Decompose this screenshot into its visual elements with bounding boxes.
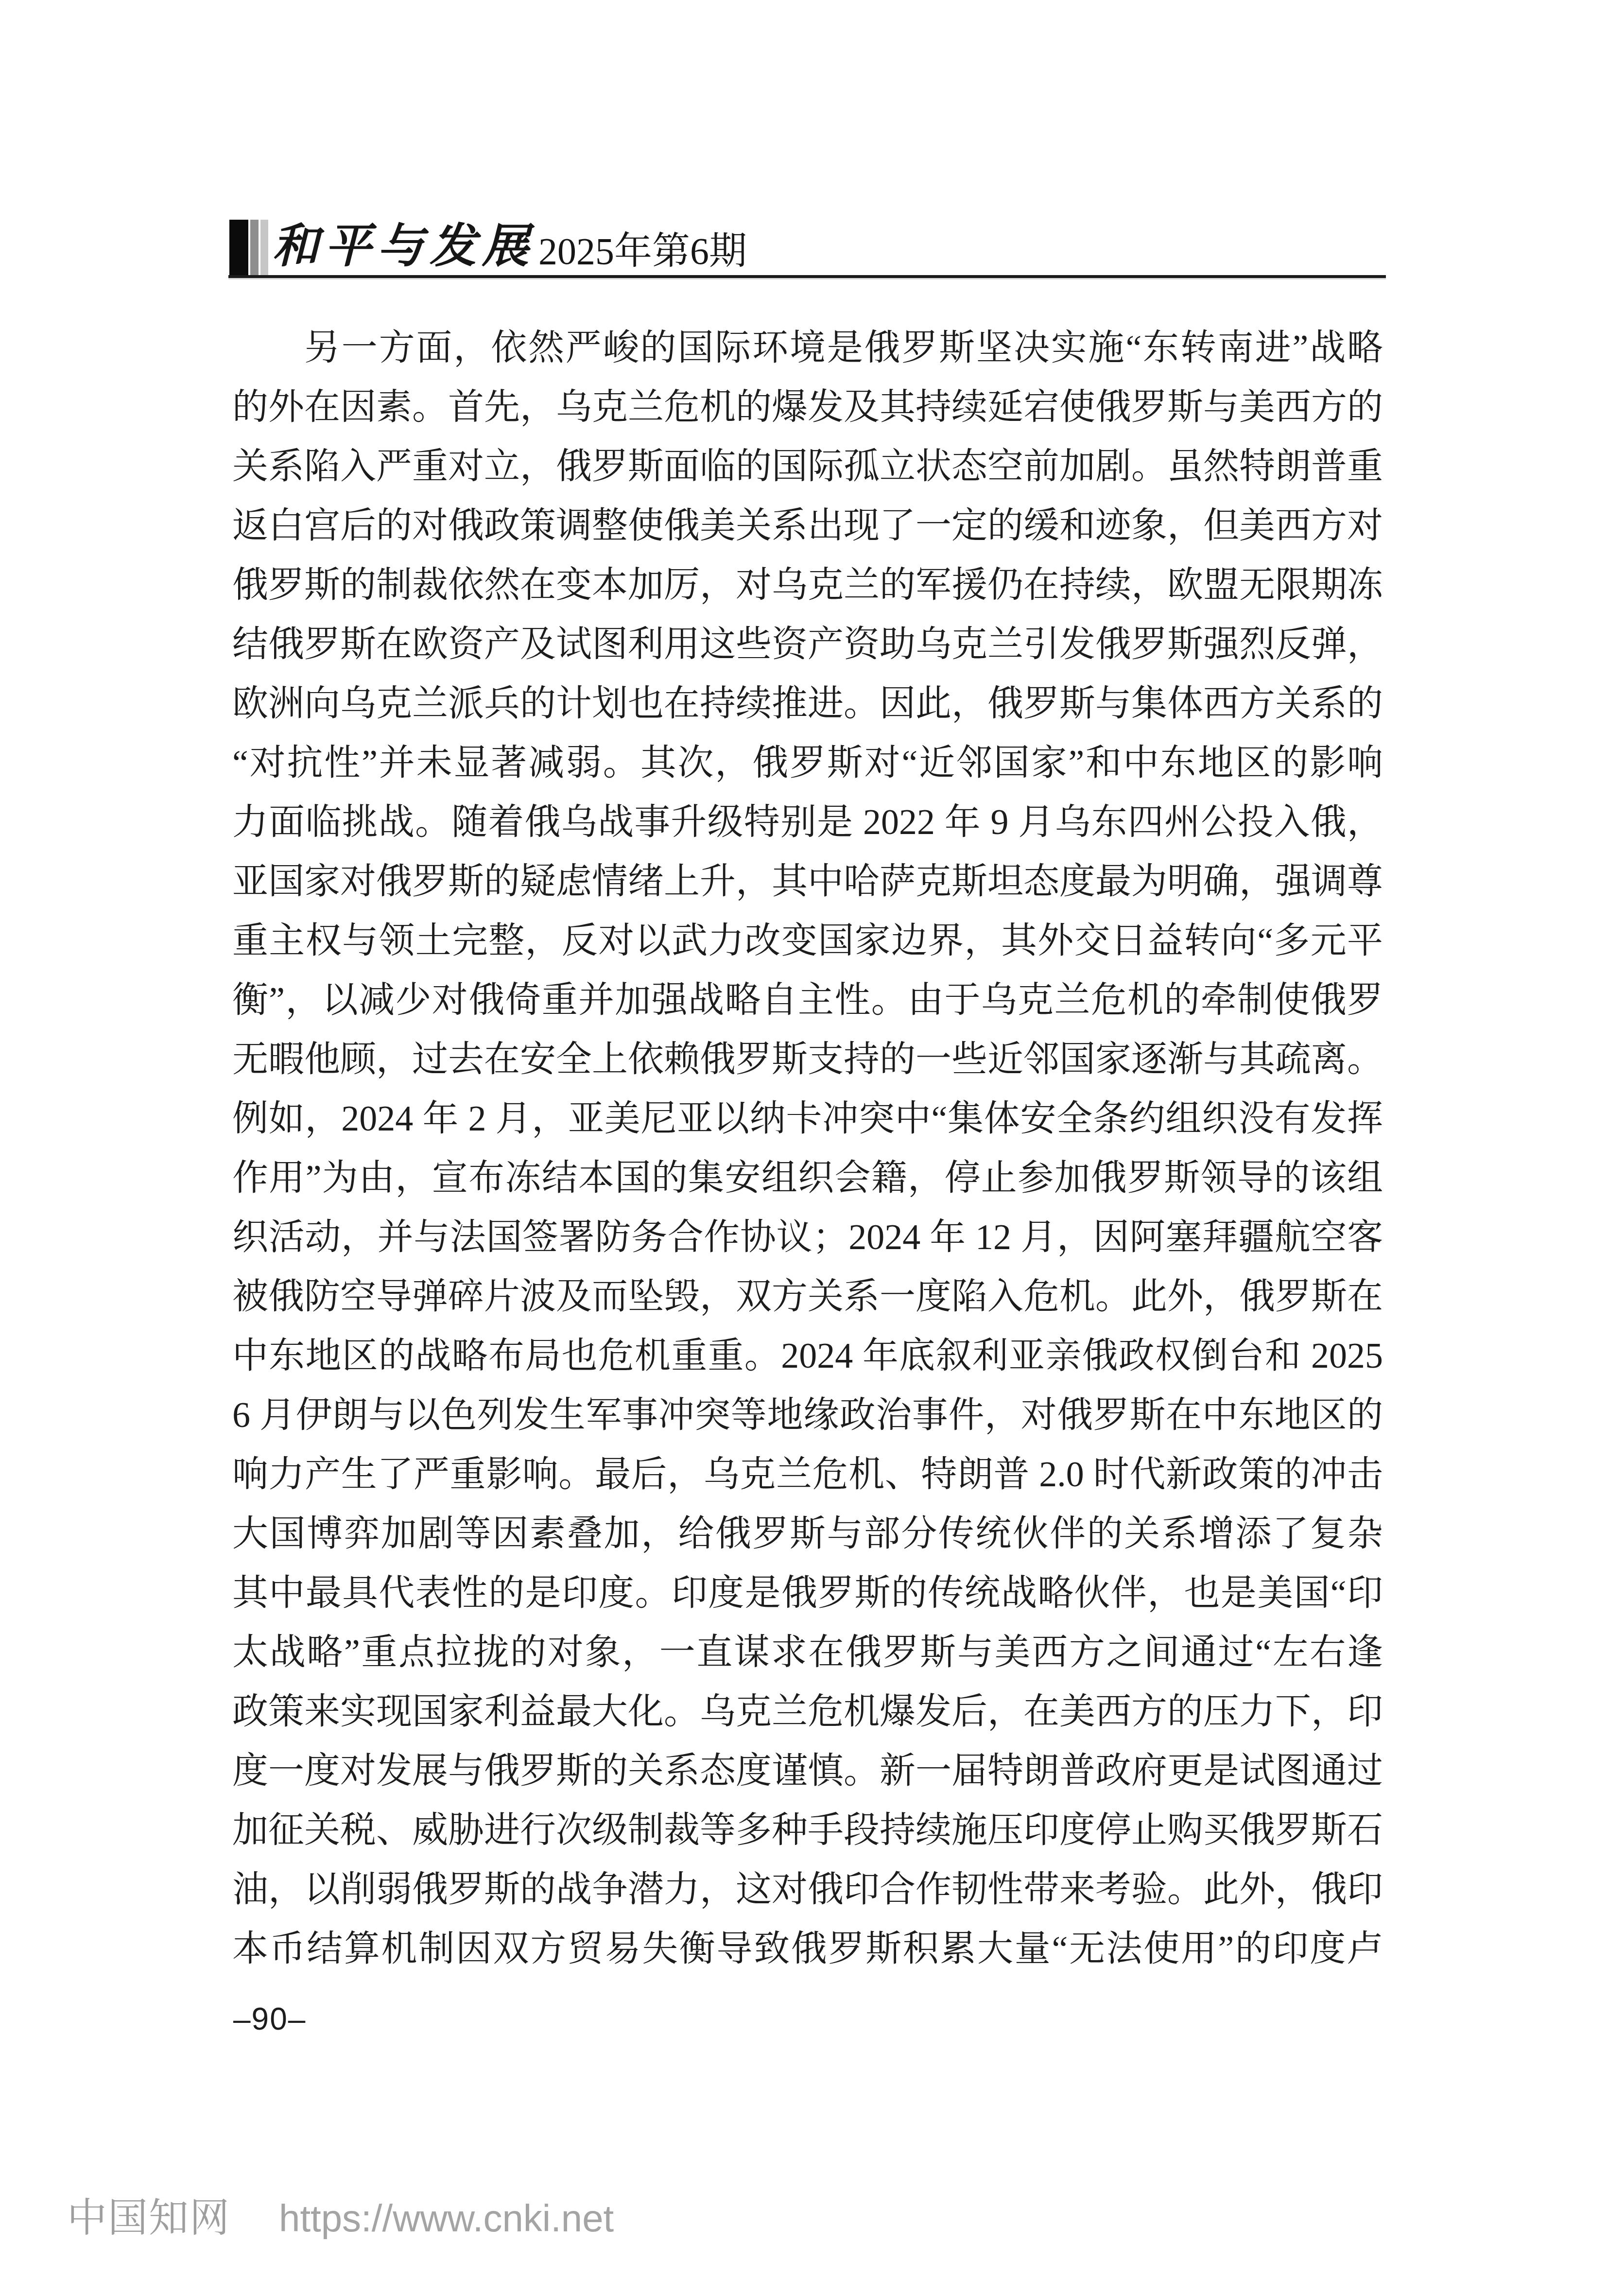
article-body: 另一方面，依然严峻的国际环境是俄罗斯坚决实施“东转南进”战略 的外在因素。首先，… — [232, 318, 1383, 1979]
body-text-line: 亚国家对俄罗斯的疑虑情绪上升，其中哈萨克斯坦态度最为明确，强调尊 — [232, 852, 1383, 911]
body-text-line: 的外在因素。首先，乌克兰危机的爆发及其持续延宕使俄罗斯与美西方的 — [232, 378, 1383, 437]
body-text-line: 中东地区的战略布局也危机重重。2024 年底叙利亚亲俄政权倒台和 2025 年 — [232, 1326, 1383, 1386]
body-text-line: 例如，2024 年 2 月，亚美尼亚以纳卡冲突中“集体安全条约组织没有发挥 — [232, 1089, 1383, 1148]
body-text-line: 力面临挑战。随着俄乌战事升级特别是 2022 年 9 月乌东四州公投入俄，中 — [232, 793, 1383, 852]
watermark-footer: 中国知网 https://www.cnki.net — [67, 2186, 614, 2243]
body-text-line: 返白宫后的对俄政策调整使俄美关系出现了一定的缓和迹象，但美西方对 — [232, 496, 1383, 556]
body-text-line: 加征关税、威胁进行次级制裁等多种手段持续施压印度停止购买俄罗斯石 — [232, 1801, 1383, 1860]
body-text-line: 本币结算机制因双方贸易失衡导致俄罗斯积累大量“无法使用”的印度卢 — [232, 1919, 1383, 1979]
cnki-watermark-text: 中国知网 — [67, 2186, 230, 2243]
body-text-line: 油，以削弱俄罗斯的战争潜力，这对俄印合作韧性带来考验。此外，俄印 — [232, 1860, 1383, 1919]
accent-bar-black — [229, 220, 248, 276]
page-number: –90– — [233, 2001, 306, 2036]
body-text-line: “对抗性”并未显著减弱。其次，俄罗斯对“近邻国家”和中东地区的影响 — [232, 733, 1383, 793]
body-text-line: 6 月伊朗与以色列发生军事冲突等地缘政治事件，对俄罗斯在中东地区的影 — [232, 1386, 1383, 1445]
document-page: 和平与发展 2025年第6期 另一方面，依然严峻的国际环境是俄罗斯坚决实施“东转… — [0, 0, 1607, 2296]
body-text-line: 太战略”重点拉拢的对象，一直谋求在俄罗斯与美西方之间通过“左右逢源” — [232, 1623, 1383, 1682]
accent-bar-gray — [250, 220, 259, 276]
body-text-line: 被俄防空导弹碎片波及而坠毁，双方关系一度陷入危机。此外，俄罗斯在 — [232, 1267, 1383, 1326]
body-text-line: 其中最具代表性的是印度。印度是俄罗斯的传统战略伙伴，也是美国“印 — [232, 1564, 1383, 1623]
body-text-line: 欧洲向乌克兰派兵的计划也在持续推进。因此，俄罗斯与集体西方关系的 — [232, 674, 1383, 733]
cnki-watermark-url: https://www.cnki.net — [279, 2196, 614, 2241]
accent-bar-light — [260, 220, 268, 276]
header-rule — [228, 275, 1386, 278]
body-text-line: 衡”，以减少对俄倚重并加强战略自主性。由于乌克兰危机的牵制使俄罗斯 — [232, 971, 1383, 1030]
body-text-line: 织活动，并与法国签署防务合作协议；2024 年 12 月，因阿塞拜疆航空客机 — [232, 1208, 1383, 1267]
body-text-line: 响力产生了严重影响。最后，乌克兰危机、特朗普 2.0 时代新政策的冲击和 — [232, 1445, 1383, 1504]
body-text-line: 作用”为由，宣布冻结本国的集安组织会籍，停止参加俄罗斯领导的该组 — [232, 1148, 1383, 1208]
body-text-line: 度一度对发展与俄罗斯的关系态度谨慎。新一届特朗普政府更是试图通过 — [232, 1741, 1383, 1801]
body-text-line: 关系陷入严重对立，俄罗斯面临的国际孤立状态空前加剧。虽然特朗普重 — [232, 437, 1383, 496]
body-text-line: 大国博弈加剧等因素叠加，给俄罗斯与部分传统伙伴的关系增添了复杂性。 — [232, 1504, 1383, 1564]
body-text-line: 俄罗斯的制裁依然在变本加厉，对乌克兰的军援仍在持续，欧盟无限期冻 — [232, 556, 1383, 615]
body-text-line: 重主权与领土完整，反对以武力改变国家边界，其外交日益转向“多元平 — [232, 911, 1383, 971]
issue-label: 2025年第6期 — [538, 227, 747, 275]
body-text-line: 另一方面，依然严峻的国际环境是俄罗斯坚决实施“东转南进”战略 — [232, 318, 1383, 378]
body-text-line: 结俄罗斯在欧资产及试图利用这些资产资助乌克兰引发俄罗斯强烈反弹， — [232, 615, 1383, 674]
body-text-line: 无暇他顾，过去在安全上依赖俄罗斯支持的一些近邻国家逐渐与其疏离。 — [232, 1030, 1383, 1089]
journal-title: 和平与发展 — [272, 218, 535, 275]
body-text-line: 政策来实现国家利益最大化。乌克兰危机爆发后，在美西方的压力下，印 — [232, 1682, 1383, 1741]
